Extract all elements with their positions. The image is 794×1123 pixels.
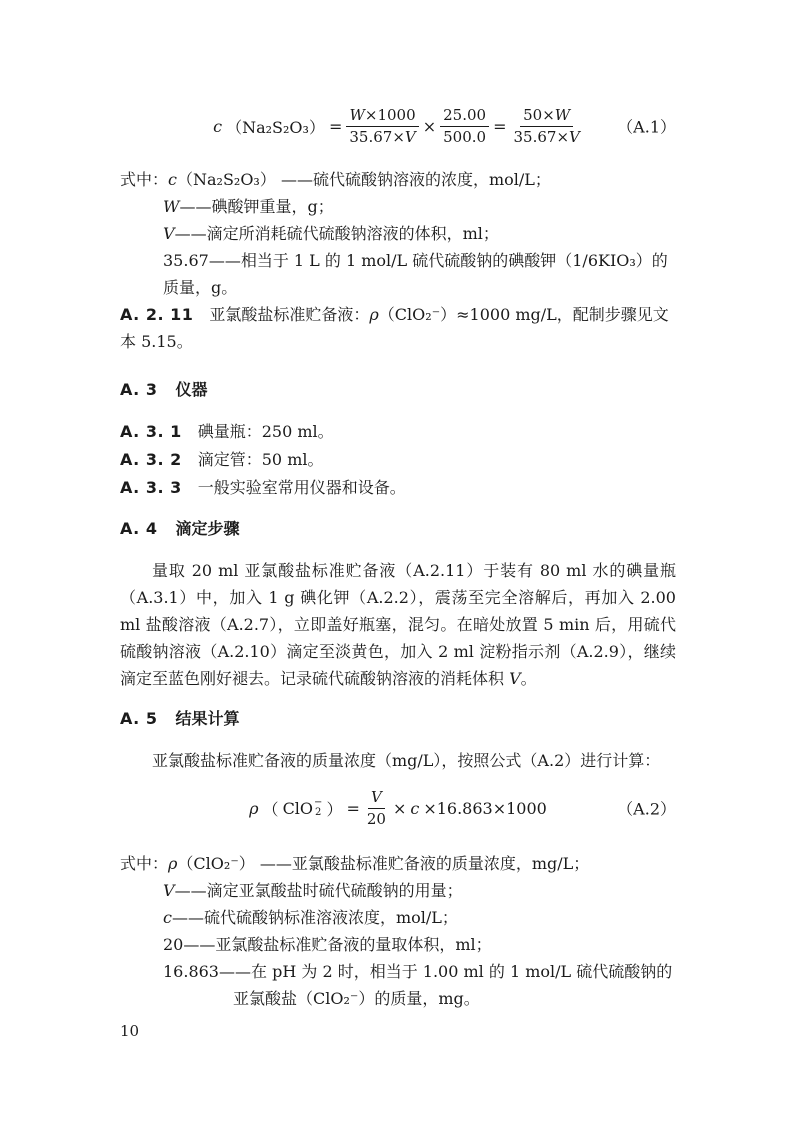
formula-a2-lhs-variable: ρ [249,799,258,818]
denominator-constant: 35.67× [514,128,570,146]
formula-a2-definitions: 式中：ρ（ClO₂⁻） ——亚氯酸盐标准贮备液的质量浓度，mg/L； V——滴定… [120,850,676,1012]
formula-a2: ρ （ ClO − 2 ） = V 20 × c ×16.863×1000 （A… [120,782,676,834]
volume-variable: V [509,669,521,688]
clause-number: A. 3. 1 [120,422,182,441]
clause-text: 亚氯酸盐标准贮备液： [209,305,369,324]
definition-line: 20——亚氯酸盐标准贮备液的量取体积，ml； [120,931,676,958]
formula-a2-label: （A.2） [617,797,676,820]
definition-term-species: （Na₂S₂O₃） [177,170,276,189]
fraction-denominator: 35.67×V [346,127,418,147]
clause-a3-1: A. 3. 1碘量瓶：250 ml。 [120,418,676,446]
definition-term: c [163,908,172,927]
definition-term: 16.863 [163,962,219,981]
formula-a1: c （Na₂S₂O₃） = W×1000 35.67×V × 25.00 500… [120,100,676,152]
definition-desc: ——滴定所消耗硫代硫酸钠溶液的体积，ml； [175,224,499,243]
definition-prefix: 式中： [120,170,168,189]
paragraph-text: 量取 20 ml 亚氯酸盐标准贮备液（A.2.11）于装有 80 ml 水的碘量… [120,561,676,688]
fraction-numerator: 50×W [520,106,573,127]
formula-a1-equals-1: = [329,117,342,136]
definition-desc: ——滴定亚氯酸盐时硫代硫酸钠的用量； [175,881,463,900]
definition-line: V——滴定所消耗硫代硫酸钠溶液的体积，ml； [120,220,676,247]
ion-subscript: 2 [315,808,321,819]
clause-number: A. 3. 3 [120,478,182,497]
section-title: 结果计算 [175,709,239,728]
clause-number: A. 2. 11 [120,305,193,324]
formula-a2-constants: ×16.863×1000 [423,799,547,818]
chlorite-ion-symbol: ClO − 2 [283,798,323,819]
fraction-numerator: V [368,788,385,809]
rho-variable: ρ [369,305,378,324]
formula-a1-lhs-variable: c [213,117,222,136]
formula-a1-fraction-2: 25.00 500.0 [440,106,489,147]
section-title: 仪器 [175,380,207,399]
definition-term-species: （ClO₂⁻） [177,854,254,873]
section-a5-heading: A. 5结果计算 [120,706,676,729]
clause-text: 一般实验室常用仪器和设备。 [198,478,406,497]
formula-a1-equals-2: = [493,117,506,136]
paragraph-a4: 量取 20 ml 亚氯酸盐标准贮备液（A.2.11）于装有 80 ml 水的碘量… [120,557,676,692]
definition-desc: ——硫代硫酸钠溶液的浓度，mol/L； [276,170,551,189]
clause-text: （ClO₂⁻）≈1000 mg/L，配制步骤见文本 5.15。 [120,305,669,351]
formula-a1-fraction-1: W×1000 35.67×V [346,106,418,147]
definition-line: 35.67——相当于 1 L 的 1 mol/L 硫代硫酸钠的碘酸钾（1/6KI… [120,247,676,301]
concentration-variable: c [410,799,419,818]
formula-a2-fraction: V 20 [364,788,389,829]
section-number: A. 3 [120,380,157,399]
definition-term: ρ [168,854,177,873]
definition-term: 35.67 [163,251,209,270]
denominator-variable: V [405,128,416,146]
definition-prefix: 式中： [120,854,168,873]
numerator-constant: 50× [523,106,555,124]
definition-term: 20 [163,935,183,954]
denominator-variable: V [569,128,580,146]
numerator-variable: W [349,106,364,124]
clause-a3-3: A. 3. 3一般实验室常用仪器和设备。 [120,474,676,502]
fraction-numerator: W×1000 [346,106,418,127]
numerator-rest: ×1000 [365,106,416,124]
denominator-constant: 35.67× [349,128,405,146]
definition-term: W [163,197,179,216]
document-page: c （Na₂S₂O₃） = W×1000 35.67×V × 25.00 500… [0,0,794,1123]
fraction-denominator: 20 [364,809,389,829]
formula-a2-multiply: × [393,799,406,818]
fraction-numerator: 25.00 [440,106,489,127]
definition-desc: ——碘酸钾重量，g； [179,197,333,216]
fraction-denominator: 35.67×V [511,127,583,147]
definition-desc: ——亚氯酸盐标准贮备液的质量浓度，mg/L； [255,854,590,873]
formula-a1-label: （A.1） [617,115,676,138]
formula-a2-equals: = [346,799,359,818]
clause-a2-11: A. 2. 11亚氯酸盐标准贮备液：ρ（ClO₂⁻）≈1000 mg/L，配制步… [120,301,676,355]
section-number: A. 5 [120,709,157,728]
definition-desc: ——在 pH 为 2 时，相当于 1.00 ml 的 1 mol/L 硫代硫酸钠… [219,962,672,1008]
formula-a1-lhs-species: （Na₂S₂O₃） [226,115,325,138]
open-paren: （ [263,797,279,820]
definition-desc: ——硫代硫酸钠标准溶液浓度，mol/L； [172,908,458,927]
paragraph-text: 。 [521,669,537,688]
definition-line: V——滴定亚氯酸盐时硫代硫酸钠的用量； [120,877,676,904]
definition-desc: ——相当于 1 L 的 1 mol/L 硫代硫酸钠的碘酸钾（1/6KIO₃）的质… [163,251,668,297]
close-paren: ） [326,797,342,820]
fraction-denominator: 500.0 [440,127,489,147]
definition-line: 16.863——在 pH 为 2 时，相当于 1.00 ml 的 1 mol/L… [120,958,676,1012]
definition-desc: ——亚氯酸盐标准贮备液的量取体积，ml； [183,935,491,954]
ion-scripts: − 2 [314,798,322,819]
definition-term: c [168,170,177,189]
ion-base: ClO [283,799,313,818]
section-a3-heading: A. 3仪器 [120,377,676,400]
clause-a3-2: A. 3. 2滴定管：50 ml。 [120,446,676,474]
formula-a1-fraction-3: 50×W 35.67×V [511,106,583,147]
formula-a1-expression: c （Na₂S₂O₃） = W×1000 35.67×V × 25.00 500… [211,106,585,147]
definition-line: W——碘酸钾重量，g； [120,193,676,220]
formula-a1-multiply: × [423,117,436,136]
definition-term: V [163,881,175,900]
numerator-variable: W [555,106,570,124]
section-title: 滴定步骤 [175,519,239,538]
section-a4-heading: A. 4滴定步骤 [120,516,676,539]
formula-a1-definitions: 式中：c（Na₂S₂O₃） ——硫代硫酸钠溶液的浓度，mol/L； W——碘酸钾… [120,166,676,301]
paragraph-a5-intro: 亚氯酸盐标准贮备液的质量浓度（mg/L），按照公式（A.2）进行计算： [120,747,676,774]
definition-term: V [163,224,175,243]
page-number: 10 [120,1022,139,1040]
section-number: A. 4 [120,519,157,538]
clause-text: 滴定管：50 ml。 [198,450,324,469]
definition-line: 式中：c（Na₂S₂O₃） ——硫代硫酸钠溶液的浓度，mol/L； [120,166,676,193]
clause-text: 碘量瓶：250 ml。 [198,422,334,441]
formula-a2-expression: ρ （ ClO − 2 ） = V 20 × c ×16.863×1000 [247,788,549,829]
definition-line: 式中：ρ（ClO₂⁻） ——亚氯酸盐标准贮备液的质量浓度，mg/L； [120,850,676,877]
clause-number: A. 3. 2 [120,450,182,469]
definition-line: c——硫代硫酸钠标准溶液浓度，mol/L； [120,904,676,931]
